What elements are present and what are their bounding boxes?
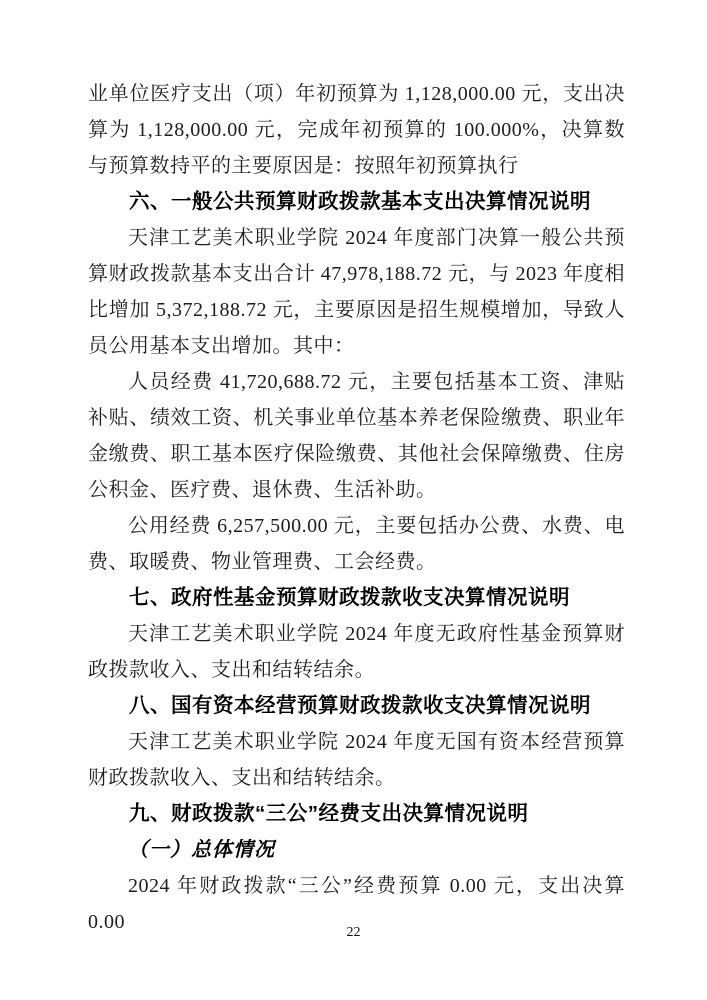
document-page: 业单位医疗支出（项）年初预算为 1,128,000.00 元，支出决算为 1,1… (0, 0, 707, 1000)
heading-section-8: 八、国有资本经营预算财政拨款收支决算情况说明 (88, 688, 625, 724)
paragraph-personnel-funds: 人员经费 41,720,688.72 元，主要包括基本工资、津贴补贴、绩效工资、… (88, 364, 625, 508)
paragraph-govt-fund-budget: 天津工艺美术职业学院 2024 年度无政府性基金预算财政拨款收入、支出和结转结余… (88, 616, 625, 688)
paragraph-public-funds: 公用经费 6,257,500.00 元，主要包括办公费、水费、电费、取暖费、物业… (88, 508, 625, 580)
page-number: 22 (0, 924, 707, 942)
heading-section-9: 九、财政拨款“三公”经费支出决算情况说明 (88, 796, 625, 832)
subheading-overall-situation: （一）总体情况 (88, 832, 625, 868)
paragraph-state-capital-budget: 天津工艺美术职业学院 2024 年度无国有资本经营预算财政拨款收入、支出和结转结… (88, 724, 625, 796)
heading-section-6: 六、一般公共预算财政拨款基本支出决算情况说明 (88, 184, 625, 220)
paragraph-medical-expense-continued: 业单位医疗支出（项）年初预算为 1,128,000.00 元，支出决算为 1,1… (88, 76, 625, 184)
heading-section-7: 七、政府性基金预算财政拨款收支决算情况说明 (88, 580, 625, 616)
paragraph-basic-expenditure-total: 天津工艺美术职业学院 2024 年度部门决算一般公共预算财政拨款基本支出合计 4… (88, 220, 625, 364)
document-content: 业单位医疗支出（项）年初预算为 1,128,000.00 元，支出决算为 1,1… (88, 76, 625, 940)
